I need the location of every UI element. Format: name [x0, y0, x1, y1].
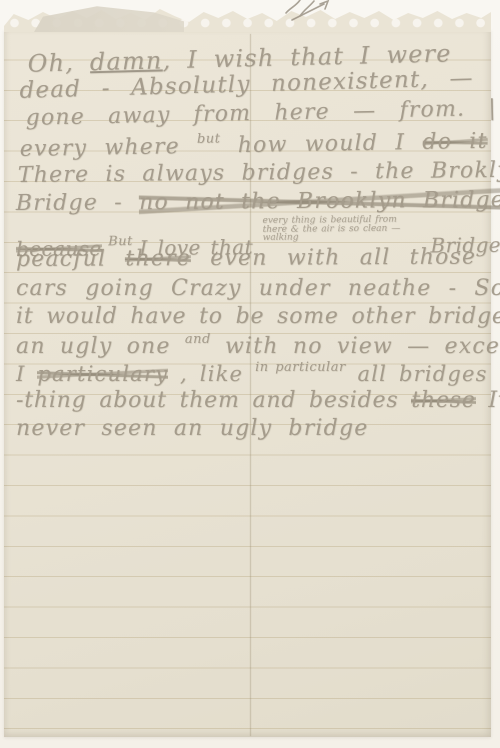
handwritten-line: an ugly one and with no view — except	[16, 332, 490, 360]
handwritten-word: Oh,	[27, 48, 90, 78]
handwritten-word: how would I	[220, 129, 422, 158]
handwritten-word: it would have to be some other bridge	[16, 304, 500, 329]
handwritten-word: all bridges - theres some	[346, 362, 500, 386]
handwritten-word: with no view — except	[211, 334, 500, 359]
inserted-text: but	[197, 131, 221, 146]
handwritten-line: it would have to be some other bridge	[16, 304, 490, 332]
inserted-text: in particular	[255, 360, 346, 375]
crossed-out-text: no not the Brooklyn Bridge	[139, 188, 500, 216]
handwritten-line: -thing about them and besides these Ive	[16, 388, 490, 416]
handwritten-text: Oh, damn, I wish that I weredead - Absol…	[16, 50, 490, 445]
underlined-text: damn	[89, 46, 162, 76]
handwritten-word: cars going Crazy under neathe - So	[16, 276, 500, 301]
handwritten-line: because But I love that every thing is b…	[16, 215, 490, 247]
handwritten-line: peacful there even with all those	[16, 245, 490, 276]
handwritten-word: I	[16, 362, 37, 386]
crossed-out-text: do it	[422, 128, 488, 154]
handwritten-word: every where	[20, 133, 198, 161]
handwritten-word: -thing about them and besides	[16, 388, 411, 413]
handwritten-line: never seen an ugly bridge	[16, 416, 490, 444]
handwritten-word: Ive	[476, 388, 500, 413]
interlinear-note: every thing is beautiful from there & th…	[262, 216, 420, 243]
crossed-out-text: these	[411, 388, 475, 413]
folded-paper-flap	[34, 4, 184, 32]
handwritten-line: I particulary , like in particular all b…	[16, 360, 490, 388]
handwritten-word: an ugly one	[16, 334, 185, 359]
handwritten-word: never seen an ugly bridge	[16, 416, 368, 441]
handwritten-word: even with all those	[191, 245, 476, 271]
handwritten-word: , like	[168, 362, 255, 386]
handwritten-line: cars going Crazy under neathe - So	[16, 276, 490, 304]
pencil-scribble-mark	[262, 0, 372, 28]
handwritten-word: There is always bridges - the Broklyn	[18, 157, 500, 187]
handwritten-word: peacful	[16, 247, 126, 273]
crossed-out-text: particulary	[37, 362, 168, 386]
handwritten-line: Bridge - no not the Brooklyn Bridge	[16, 188, 490, 219]
crossed-out-text: there	[125, 246, 191, 271]
handwritten-line: There is always bridges - the Broklyn	[16, 158, 490, 191]
handwritten-word: — |	[487, 127, 500, 153]
handwritten-word: Bridge -	[16, 190, 139, 216]
inserted-text: and	[185, 332, 211, 347]
photo-background: Oh, damn, I wish that I weredead - Absol…	[0, 0, 500, 748]
